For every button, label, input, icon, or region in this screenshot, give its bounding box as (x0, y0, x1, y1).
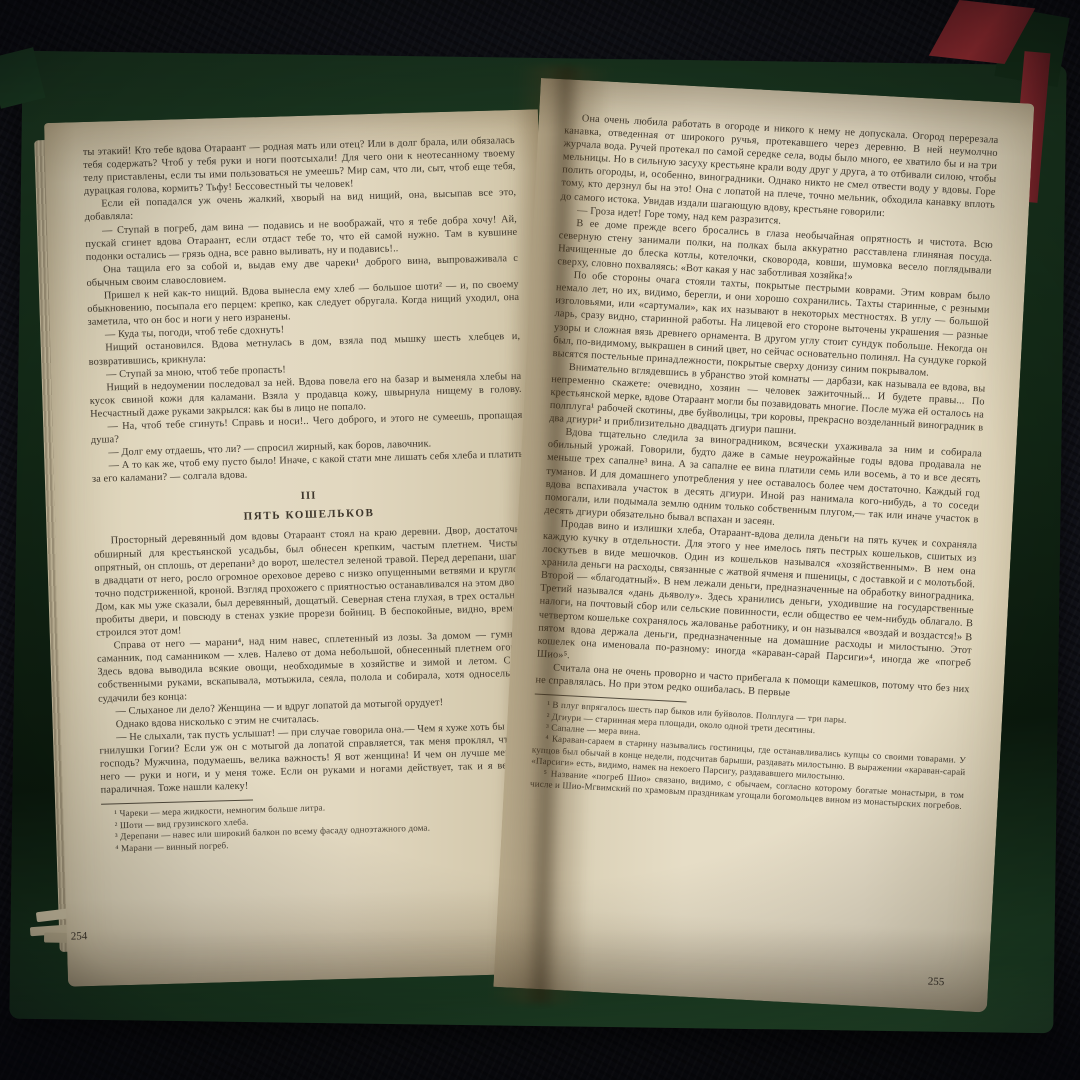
paragraph: — Не слыхали, так пусть услышат! — при с… (99, 720, 533, 798)
footnotes: ¹ Чареки — мера жидкости, немногим больш… (101, 797, 534, 855)
paragraph: Просторный деревянный дом вдовы Отараант… (94, 523, 529, 640)
chapter-title: ПЯТЬ КОШЕЛЬКОВ (93, 503, 525, 527)
left-page: ты этакий! Кто тебе вдова Отараант — род… (44, 109, 562, 986)
paragraph: Справа от него — марани⁴, над ним навес,… (96, 628, 530, 706)
footnotes: ¹ В плуг впрягалось шесть пар быков или … (530, 699, 968, 813)
right-page-text: Она очень любила работать в огороде и ни… (493, 78, 1034, 1013)
section-heading: III ПЯТЬ КОШЕЛЬКОВ (92, 484, 525, 527)
page-number: 254 (71, 930, 88, 942)
left-page-text: ты этакий! Кто тебе вдова Отараант — род… (44, 109, 562, 986)
right-page: Она очень любила работать в огороде и ни… (493, 78, 1034, 1013)
photo-scene: ты этакий! Кто тебе вдова Отараант — род… (0, 0, 1080, 1080)
paragraph: Продав вино и излишки хлеба, Отараант-вд… (537, 517, 978, 684)
page-number: 255 (927, 975, 944, 988)
footnote-rule (101, 800, 253, 805)
